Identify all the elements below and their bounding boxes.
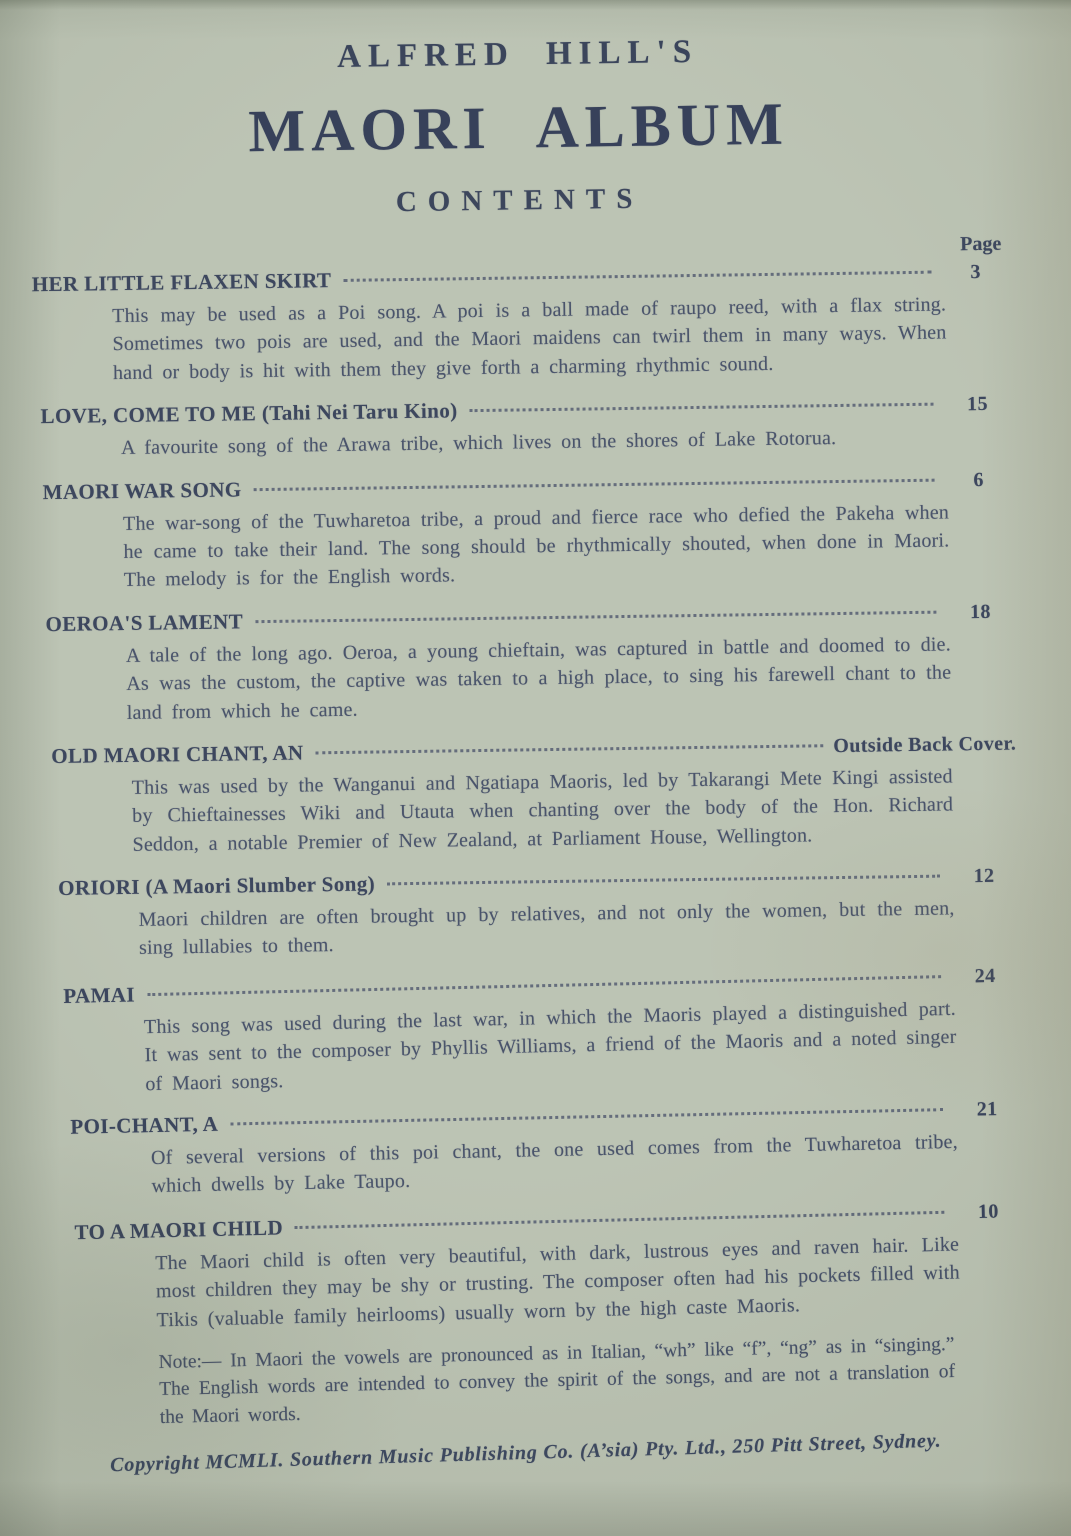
entry-title: POI-CHANT, A (70, 1111, 218, 1140)
entry-description: A tale of the long ago. Oeroa, a young c… (126, 630, 952, 727)
toc-entry-pamai: PAMAI 24 This song was used during the l… (63, 961, 1021, 1100)
entry-title: LOVE, COME TO ME (Tahi Nei Taru Kino) (40, 397, 457, 429)
contents-heading: CONTENTS (30, 178, 1008, 225)
dotted-leader (470, 403, 934, 412)
page-header: ALFRED HILL'S MAORI ALBUM CONTENTS (28, 30, 1008, 225)
entry-title: PAMAI (63, 981, 135, 1009)
entry-page-number: 6 (944, 466, 1012, 493)
entry-description: The war-song of the Tuwharetoa tribe, a … (123, 498, 950, 595)
entry-page-number: 21 (953, 1096, 1022, 1123)
entry-title: ORIORI (A Maori Slumber Song) (58, 871, 375, 901)
toc-entry-her-little-flaxen-skirt: HER LITTLE FLAXEN SKIRT 3 This may be us… (32, 258, 1012, 389)
entry-title: OLD MAORI CHANT, AN (51, 739, 304, 769)
page-content: ALFRED HILL'S MAORI ALBUM CONTENTS Page … (28, 30, 1026, 1478)
pronunciation-note: Note:— In Maori the vowels are pronounce… (158, 1331, 956, 1431)
entry-description: A favourite song of the Arawa tribe, whi… (121, 423, 948, 463)
entry-page-number: 12 (950, 863, 1018, 890)
entry-description: This song was used during the last war, … (144, 995, 958, 1099)
dotted-leader (254, 478, 935, 491)
entry-page-number: 15 (943, 391, 1011, 418)
entry-description: Of several versions of this poi chant, t… (151, 1128, 959, 1201)
toc-entry-oeroas-lament: OEROA'S LAMENT 18 A tale of the long ago… (45, 597, 1016, 728)
toc-entry-maori-war-song: MAORI WAR SONG 6 The war-song of the Tuw… (42, 465, 1014, 596)
dotted-leader (343, 271, 931, 282)
author-line: ALFRED HILL'S (28, 30, 1006, 81)
entry-description: Maori children are often brought up by r… (138, 895, 955, 963)
entry-page-number: 3 (941, 259, 1009, 286)
dotted-leader (295, 1211, 944, 1229)
entry-page-number: 24 (951, 962, 1020, 990)
dotted-leader (387, 875, 940, 886)
entry-title: HER LITTLE FLAXEN SKIRT (32, 267, 332, 297)
entry-description: The Maori child is often very beautiful,… (155, 1230, 961, 1334)
toc-entry-oriori: ORIORI (A Maori Slumber Song) 12 Maori c… (58, 862, 1019, 964)
entry-title: TO A MAORI CHILD (74, 1214, 283, 1245)
toc-entry-love-come-to-me: LOVE, COME TO ME (Tahi Nei Taru Kino) 15… (40, 390, 1012, 464)
toc-entry-poi-chant: POI-CHANT, A 21 Of several versions of t… (70, 1095, 1023, 1203)
entry-description: This may be used as a Poi song. A poi is… (112, 290, 947, 387)
entry-title: OEROA'S LAMENT (45, 608, 243, 637)
toc-entry-to-a-maori-child: TO A MAORI CHILD 10 The Maori child is o… (74, 1197, 1024, 1336)
dotted-leader (316, 744, 824, 754)
copyright-line: Copyright MCMLI. Southern Music Publishi… (110, 1427, 1026, 1477)
entry-page-number: 10 (954, 1198, 1023, 1226)
dotted-leader (147, 975, 941, 996)
entry-page-number: 18 (946, 598, 1014, 625)
entry-description: This was used by the Wanganui and Ngatia… (132, 762, 954, 859)
album-title: MAORI ALBUM (29, 87, 1008, 170)
dotted-leader (255, 610, 936, 623)
dotted-leader (230, 1108, 943, 1125)
scanned-contents-page: ALFRED HILL'S MAORI ALBUM CONTENTS Page … (0, 0, 1071, 1536)
toc-entry-old-maori-chant: OLD MAORI CHANT, AN Outside Back Cover. … (51, 729, 1018, 860)
entry-title: MAORI WAR SONG (42, 476, 241, 505)
entry-page-number: Outside Back Cover. (833, 730, 1016, 759)
table-of-contents: HER LITTLE FLAXEN SKIRT 3 This may be us… (32, 258, 1025, 1333)
